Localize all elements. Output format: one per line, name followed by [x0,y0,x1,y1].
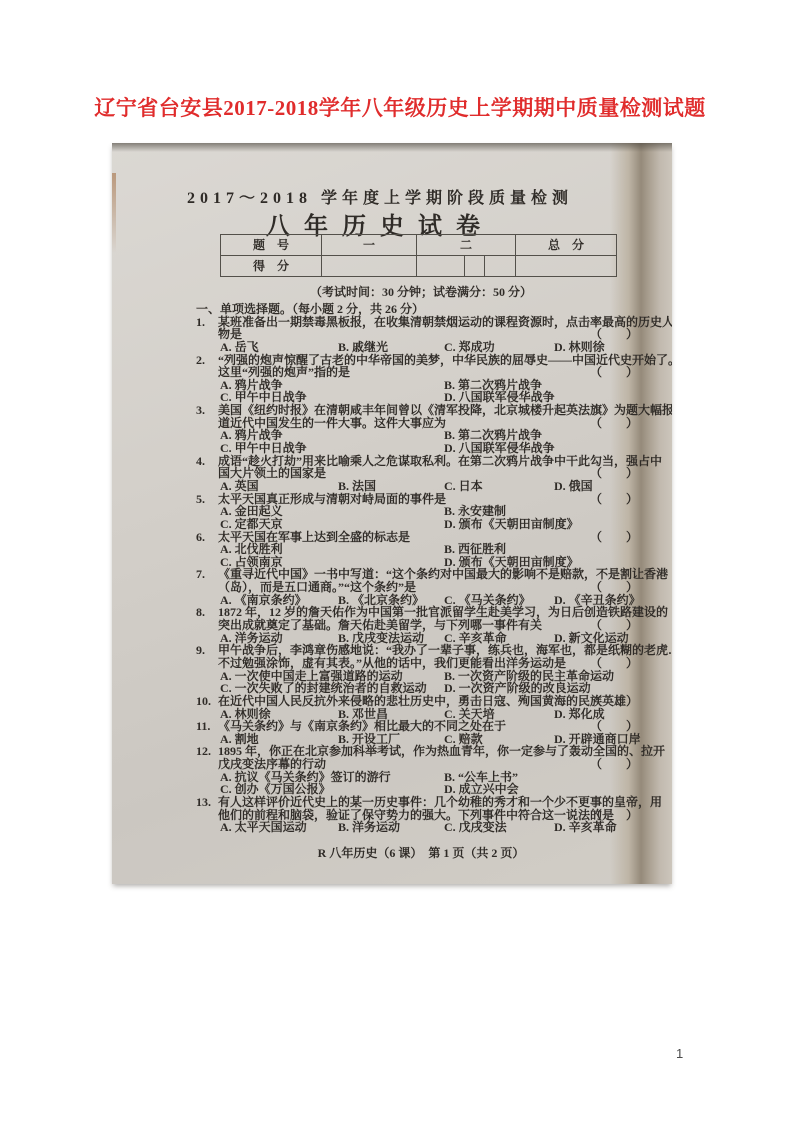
score-table-col-total: 总 分 [516,235,616,256]
question-number: 13. [196,796,218,809]
option: B. 洋务运动 [338,821,400,834]
option: D. 颁布《天朝田亩制度》 [444,518,579,531]
score-subcell [464,256,484,277]
question-stem-line: 1.某班准备出一期禁毒黑板报，在收集清朝禁烟运动的课程资源时，点击率最高的历史人 [196,316,646,329]
option: C. 戊戌变法 [444,821,507,834]
paper-footer: R 八年历史（6 课） 第 1 页（共 2 页） [196,847,646,860]
question-number: 11. [196,720,218,733]
score-subcell [417,256,464,277]
score-table: 题 号 一 二 总 分 得 分 [220,234,617,277]
stem-text: 在近代中国人民反抗外来侵略的悲壮历史中，勇击日寇、殉国黄海的民族英雄 [218,694,626,708]
question-stem-line: （岛），而是五口通商。”“这个条约”是（ ） [196,581,646,594]
question-number: 1. [196,316,218,329]
option: B. 永安建制 [444,505,506,518]
question-number: 3. [196,404,218,417]
answer-bracket: （ ） [590,657,644,670]
question-stem-line: 戊戌变法序幕的行动（ ） [196,758,646,771]
question-number: 4. [196,455,218,468]
answer-bracket: （ ） [590,467,644,480]
question-number: 7. [196,568,218,581]
option: D. 俄国 [554,480,593,493]
question-number: 12. [196,745,218,758]
option: D. 辛亥革命 [554,821,617,834]
score-table-col-two: 二 [417,235,516,256]
page-number: 1 [676,1046,683,1061]
photo-top-shadow [112,143,672,152]
option: B. 西征胜利 [444,543,506,556]
option: C. 日本 [444,480,483,493]
paper-header-subtitle: 2017～2018 学年度上学期阶段质量检测 [112,185,648,208]
answer-bracket: （ ） [590,581,644,594]
score-subcell [484,256,515,277]
question-number: 9. [196,644,218,657]
questions-list: 1.某班准备出一期禁毒黑板报，在收集清朝禁烟运动的课程资源时，点击率最高的历史人… [196,316,646,834]
document-title: 辽宁省台安县2017-2018学年八年级历史上学期期中质量检测试题 [0,92,800,122]
question-stem-line: 突出成就奠定了基础。詹天佑赴美留学，与下列哪一事件有关（ ） [196,619,646,632]
stem-text: （岛），而是五口通商。”“这个条约”是 [218,580,416,594]
option: A. 北伐胜利 [220,543,283,556]
question-number: 10. [196,695,218,708]
question-number: 8. [196,606,218,619]
stem-text: 突出成就奠定了基础。詹天佑赴美留学，与下列哪一事件有关 [218,618,542,632]
stem-text: 戊戌变法序幕的行动 [218,757,326,771]
question-stem-line: 10.在近代中国人民反抗外来侵略的悲壮历史中，勇击日寇、殉国黄海的民族英雄（ ） [196,695,646,708]
answer-bracket: （ ） [590,417,644,430]
score-table-header-label: 题 号 [221,235,322,256]
question-number: 2. [196,354,218,367]
score-table-col-one: 一 [322,235,417,256]
exam-info-line: （考试时间：30 分钟；试卷满分：50 分） [196,283,646,300]
option: A. 金田起义 [220,505,283,518]
option-row: A. 北伐胜利B. 西征胜利 [196,543,646,556]
question-number: 5. [196,493,218,506]
question-stem-line: 不过勉强涂饰，虚有其表。”从他的话中，我们更能看出洋务运动是（ ） [196,657,646,670]
answer-bracket: （ ） [590,758,644,771]
questions-area: 一、单项选择题。（每小题 2 分，共 26 分） 1.某班准备出一期禁毒黑板报，… [196,303,646,860]
question-stem-line: 这里“列强的炮声”指的是（ ） [196,366,646,379]
stem-text: 不过勉强涂饰，虚有其表。”从他的话中，我们更能看出洋务运动是 [218,656,566,670]
answer-bracket: （ ） [590,531,644,544]
answer-bracket: （ ） [590,720,644,733]
question-stem-line: 11.《马关条约》与《南京条约》相比最大的不同之处在于（ ） [196,720,646,733]
question-number: 6. [196,531,218,544]
answer-bracket: （ ） [590,366,644,379]
score-cell-two [417,256,516,277]
answer-bracket: （ ） [590,619,644,632]
exam-paper-photo: 2017～2018 学年度上学期阶段质量检测 八年历史试卷 题 号 一 二 总 … [112,143,672,884]
score-table-score-label: 得 分 [221,256,322,277]
option: A. 太平天国运动 [220,821,307,834]
answer-bracket: （ ） [590,695,644,708]
score-cell-total [516,256,616,277]
option-row: A. 金田起义B. 永安建制 [196,505,646,518]
option-row: A. 太平天国运动B. 洋务运动C. 戊戌变法D. 辛亥革命 [196,821,646,834]
score-cell-one [322,256,417,277]
answer-bracket: （ ） [590,493,644,506]
